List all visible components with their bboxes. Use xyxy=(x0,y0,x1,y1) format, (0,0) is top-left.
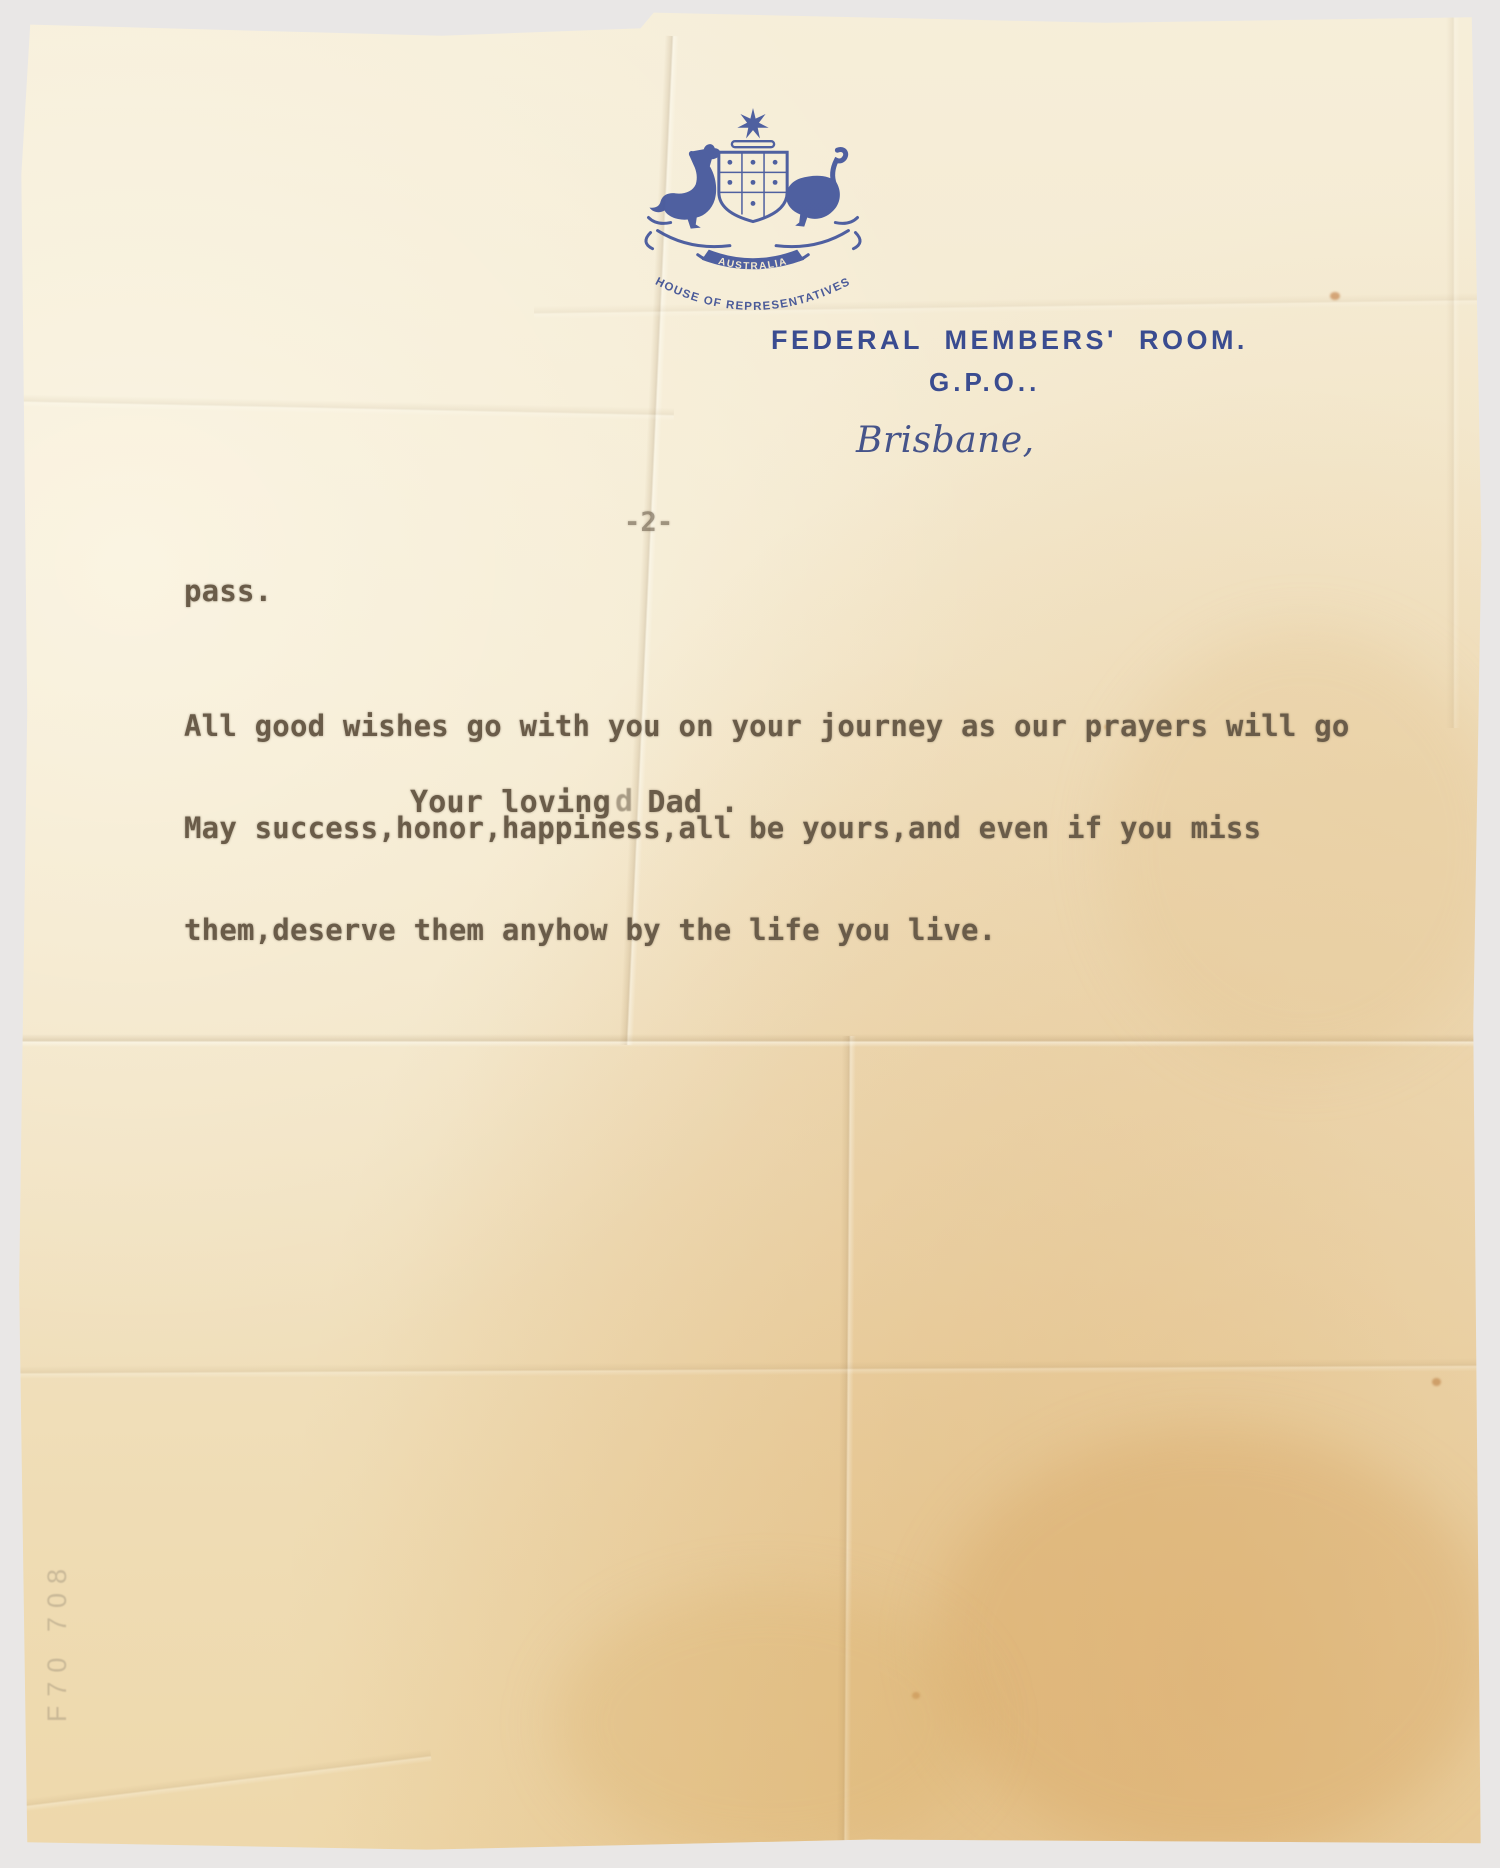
diagonal-crease-bottom-left xyxy=(13,1749,431,1813)
letterhead-city-line: Brisbane, xyxy=(856,420,1035,461)
emu-icon xyxy=(833,149,846,184)
page-number: -2- xyxy=(624,507,673,538)
letterhead-office-line: FEDERAL MEMBERS' ROOM. xyxy=(771,325,1248,356)
rust-spot-1 xyxy=(1330,292,1340,300)
body-line-3: them,deserve them anyhow by the life you… xyxy=(184,913,1350,947)
age-stain-bottom-right xyxy=(934,1428,1494,1858)
rust-spot-3 xyxy=(1432,1378,1441,1386)
emu-body xyxy=(786,176,840,227)
wattle-branches xyxy=(646,218,860,262)
australian-coat-of-arms: AUSTRALIA HOUSE OF REPRESENTATIVES xyxy=(602,104,904,320)
body-line-1: All good wishes go with you on your jour… xyxy=(184,709,1350,743)
signature-line: Your loving Dad . xyxy=(410,785,739,820)
letter-sheet: AUSTRALIA HOUSE OF REPRESENTATIVES FEDER… xyxy=(14,8,1488,1858)
body-line-2: May success,honor,happiness,all be yours… xyxy=(184,811,1350,845)
age-stain-bottom-center xyxy=(554,1588,984,1858)
body-paragraph: All good wishes go with you on your jour… xyxy=(184,641,1350,1015)
right-edge-fold xyxy=(1446,8,1460,728)
horizontal-crease-upper-left xyxy=(14,394,674,421)
scan-background: AUSTRALIA HOUSE OF REPRESENTATIVES FEDER… xyxy=(0,0,1500,1868)
pencil-annotation: F70 708 xyxy=(42,1560,73,1722)
letterhead-gpo-line: G.P.O.. xyxy=(929,367,1040,398)
torse xyxy=(732,141,774,147)
commonwealth-star-icon xyxy=(737,108,768,139)
horizontal-fold-lower xyxy=(14,1358,1488,1379)
kangaroo-icon xyxy=(650,144,721,228)
shield-charges xyxy=(727,160,777,206)
rust-spot-4 xyxy=(912,1692,920,1699)
crest-arc-text: HOUSE OF REPRESENTATIVES xyxy=(653,276,852,313)
body-opening-fragment: pass. xyxy=(184,574,272,608)
